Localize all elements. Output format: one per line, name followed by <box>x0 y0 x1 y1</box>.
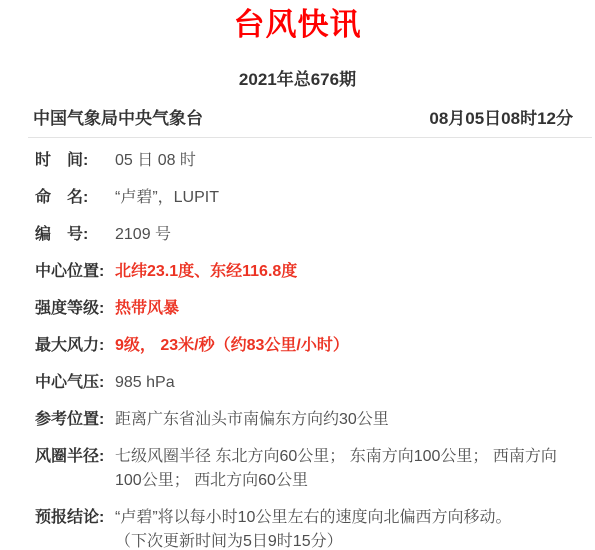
field-value: 距离广东省汕头市南偏东方向约30公里 <box>115 408 563 432</box>
field-label: 参考位置: <box>35 408 115 432</box>
field-value: 热带风暴 <box>115 297 563 321</box>
agency-name: 中国气象局中央气象台 <box>33 108 203 130</box>
info-row-number: 编 号: 2109 号 <box>35 223 563 247</box>
field-value: 985 hPa <box>115 371 563 395</box>
field-label: 最大风力: <box>35 334 115 358</box>
field-value: 2109 号 <box>115 223 563 247</box>
info-row-intensity: 强度等级: 热带风暴 <box>35 297 563 321</box>
field-value: 北纬23.1度、东经116.8度 <box>115 260 563 284</box>
agency-row: 中国气象局中央气象台 08月05日08时12分 <box>33 108 573 130</box>
field-label: 中心位置: <box>35 260 115 284</box>
forecast-line-1: “卢碧”将以每小时10公里左右的速度向北偏西方向移动。 <box>115 506 563 530</box>
info-list: 时 间: 05 日 08 时 命 名: “卢碧”，LUPIT 编 号: 2109… <box>0 138 595 550</box>
field-label: 中心气压: <box>35 371 115 395</box>
field-value: 9级， 23米/秒（约83公里/小时） <box>115 334 563 358</box>
info-row-name: 命 名: “卢碧”，LUPIT <box>35 186 563 210</box>
info-row-center-position: 中心位置: 北纬23.1度、东经116.8度 <box>35 260 563 284</box>
field-label: 编 号: <box>35 223 115 247</box>
info-row-wind-circle: 风圈半径: 七级风圈半径 东北方向60公里； 东南方向100公里； 西南方向10… <box>35 445 563 493</box>
field-label: 风圈半径: <box>35 445 115 469</box>
field-value: “卢碧”将以每小时10公里左右的速度向北偏西方向移动。 （下次更新时间为5日9时… <box>115 506 563 550</box>
issue-number: 2021年总676期 <box>0 70 595 90</box>
page-title: 台风快讯 <box>0 6 595 44</box>
field-value: 05 日 08 时 <box>115 149 563 173</box>
field-label: 时 间: <box>35 149 115 173</box>
field-value: 七级风圈半径 东北方向60公里； 东南方向100公里； 西南方向100公里； 西… <box>115 445 563 493</box>
info-row-forecast: 预报结论: “卢碧”将以每小时10公里左右的速度向北偏西方向移动。 （下次更新时… <box>35 506 563 550</box>
field-label: 强度等级: <box>35 297 115 321</box>
field-value: “卢碧”，LUPIT <box>115 186 563 210</box>
field-label: 预报结论: <box>35 506 115 530</box>
info-row-pressure: 中心气压: 985 hPa <box>35 371 563 395</box>
typhoon-bulletin: 台风快讯 2021年总676期 中国气象局中央气象台 08月05日08时12分 … <box>0 6 595 550</box>
publish-time: 08月05日08时12分 <box>429 108 573 130</box>
info-row-max-wind: 最大风力: 9级， 23米/秒（约83公里/小时） <box>35 334 563 358</box>
forecast-line-2: （下次更新时间为5日9时15分） <box>115 530 563 550</box>
info-row-time: 时 间: 05 日 08 时 <box>35 149 563 173</box>
info-row-reference-position: 参考位置: 距离广东省汕头市南偏东方向约30公里 <box>35 408 563 432</box>
field-label: 命 名: <box>35 186 115 210</box>
